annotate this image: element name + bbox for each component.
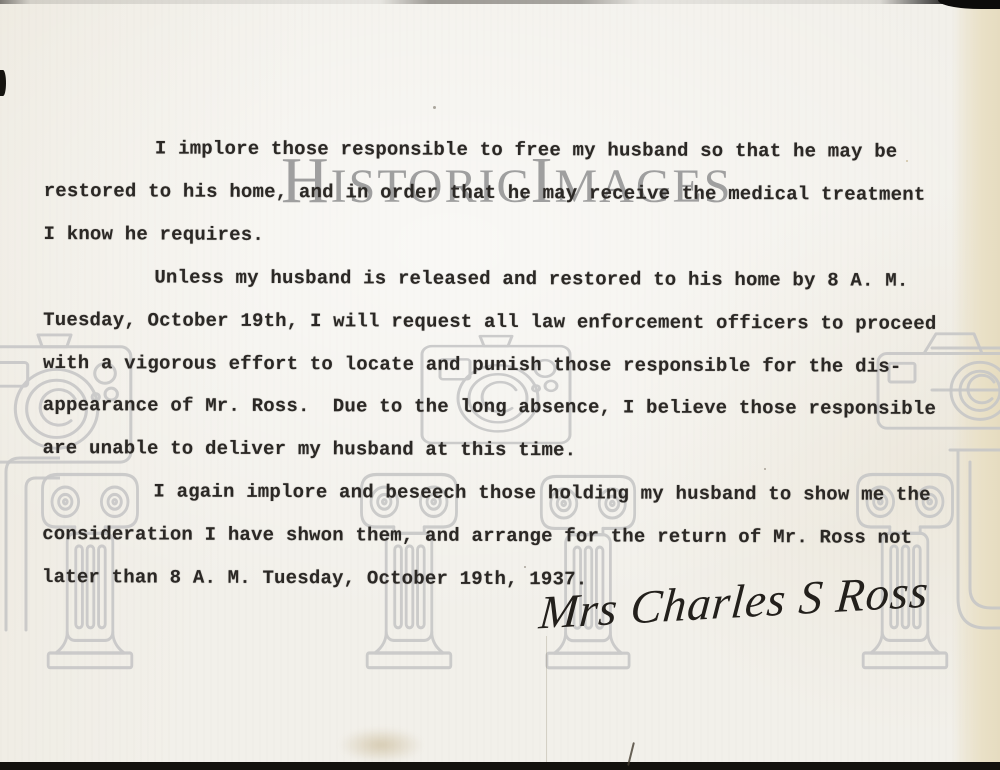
photo-edge-bottom: [0, 762, 1000, 770]
typed-line: are unable to deliver my husband at this…: [43, 427, 973, 474]
typed-line: I implore those responsible to free my h…: [44, 127, 974, 174]
signature: Mrs Charles S Ross: [530, 572, 985, 664]
typed-line: appearance of Mr. Ross. Due to the long …: [43, 384, 973, 431]
typed-line: I know he requires.: [43, 213, 973, 260]
typed-line: restored to his home, and in order that …: [44, 170, 974, 217]
paper-crease: [546, 636, 547, 764]
letter-body: I implore those responsible to free my h…: [42, 127, 974, 603]
typed-line: consideration I have shwon them, and arr…: [42, 513, 972, 560]
press-photo-scanned-letter: HISTORICIMAGES I implore those responsib…: [0, 0, 1000, 770]
signature-text: Mrs Charles S Ross: [536, 566, 931, 640]
paper-speck: [906, 160, 908, 162]
paper-speck: [764, 468, 766, 470]
typed-line: with a vigorous effort to locate and pun…: [43, 342, 973, 389]
photo-edge-left-notch: [0, 70, 6, 96]
paper-speck: [433, 106, 436, 109]
paper-speck: [524, 566, 526, 568]
typed-line: I again implore and beseech those holdin…: [42, 470, 972, 517]
typed-line: Unless my husband is released and restor…: [43, 256, 973, 303]
typed-line: Tuesday, October 19th, I will request al…: [43, 299, 973, 346]
photo-edge-top: [0, 0, 1000, 4]
